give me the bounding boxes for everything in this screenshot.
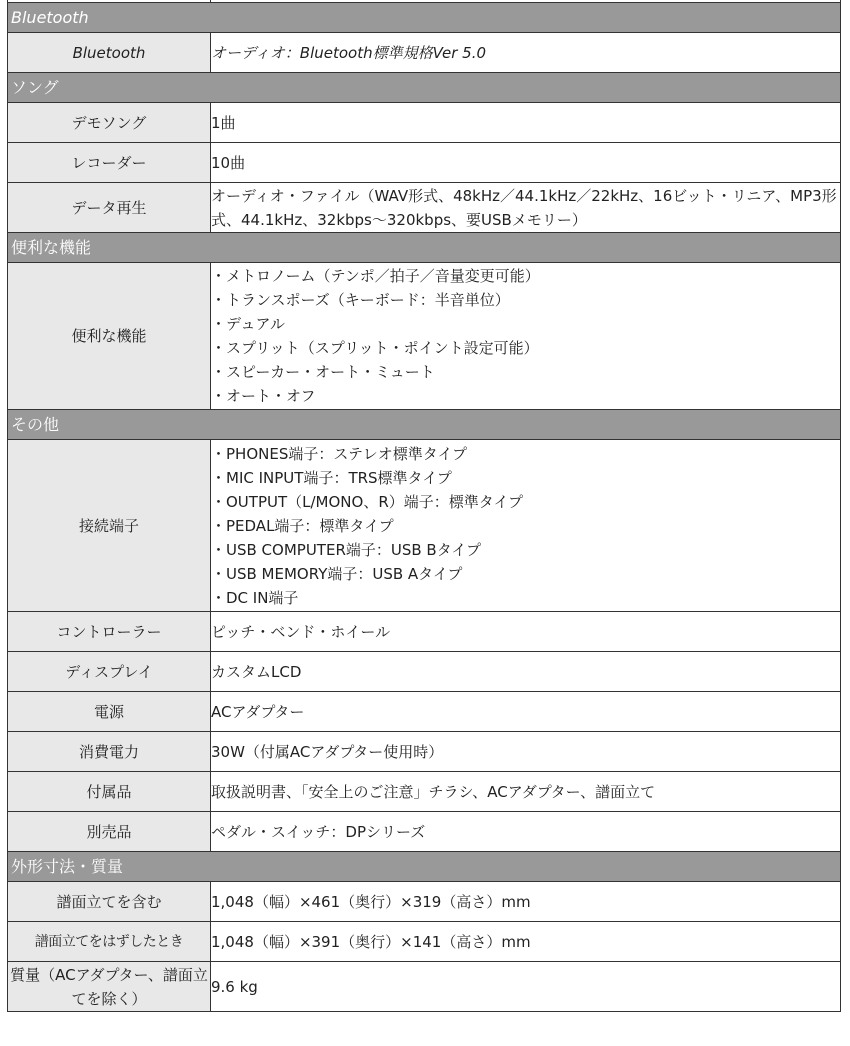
spec-label: 接続端子 [8,440,211,612]
spec-value: ・メトロノーム（テンポ／拍子／音量変更可能） ・トランスポーズ（キーボード：半音… [211,263,841,410]
spec-row-dimensions-without-stand: 譜面立てをはずしたとき 1,048（幅）×391（奥行）×141（高さ）mm [8,922,841,962]
spec-label: 電源 [8,692,211,732]
spec-row-power-consumption: 消費電力 30W（付属ACアダプター使用時） [8,732,841,772]
spec-label: 譜面立てをはずしたとき [8,922,211,962]
spec-row-display: ディスプレイ カスタムLCD [8,652,841,692]
list-item: ・PEDAL端子：標準タイプ [211,514,840,538]
spec-value: 9.6 kg [211,962,841,1012]
section-title: 外形寸法・質量 [8,852,841,882]
spec-value: ACアダプター [211,692,841,732]
section-header-features: 便利な機能 [8,233,841,263]
spec-label: ディスプレイ [8,652,211,692]
list-item: ・オート・オフ [211,384,840,408]
spec-value: 1曲 [211,103,841,143]
spec-label: 別売品 [8,812,211,852]
list-item: ・スプリット（スプリット・ポイント設定可能） [211,336,840,360]
section-header-dimensions: 外形寸法・質量 [8,852,841,882]
spec-label: コントローラー [8,612,211,652]
list-item: ・USB COMPUTER端子：USB Bタイプ [211,538,840,562]
list-item: ・OUTPUT（L/MONO、R）端子：標準タイプ [211,490,840,514]
spec-value: カスタムLCD [211,652,841,692]
connector-list: ・PHONES端子：ステレオ標準タイプ ・MIC INPUT端子：TRS標準タイ… [211,442,840,610]
section-header-song: ソング [8,73,841,103]
spec-row-weight: 質量（ACアダプター、譜面立てを除く） 9.6 kg [8,962,841,1012]
spec-label: 消費電力 [8,732,211,772]
spec-label: データ再生 [8,183,211,233]
spec-row-recorder: レコーダー 10曲 [8,143,841,183]
section-title: 便利な機能 [8,233,841,263]
spec-value: 取扱説明書、「安全上のご注意」チラシ、ACアダプター、譜面立て [211,772,841,812]
spec-label: 質量（ACアダプター、譜面立てを除く） [8,962,211,1012]
spec-row-data-playback: データ再生 オーディオ・ファイル（WAV形式、48kHz／44.1kHz／22k… [8,183,841,233]
list-item: ・MIC INPUT端子：TRS標準タイプ [211,466,840,490]
list-item: ・PHONES端子：ステレオ標準タイプ [211,442,840,466]
spec-value: オーディオ：Bluetooth標準規格Ver 5.0 [211,33,841,73]
spec-row-power: 電源 ACアダプター [8,692,841,732]
spec-value: 30W（付属ACアダプター使用時） [211,732,841,772]
section-header-bluetooth: Bluetooth [8,3,841,33]
spec-value: ペダル・スイッチ：DPシリーズ [211,812,841,852]
spec-row-accessories: 付属品 取扱説明書、「安全上のご注意」チラシ、ACアダプター、譜面立て [8,772,841,812]
list-item: ・トランスポーズ（キーボード：半音単位） [211,288,840,312]
list-item: ・USB MEMORY端子：USB Aタイプ [211,562,840,586]
section-title: ソング [8,73,841,103]
spec-table: Bluetooth Bluetooth オーディオ：Bluetooth標準規格V… [7,0,841,1012]
list-item: ・デュアル [211,312,840,336]
spec-row-demo-song: デモソング 1曲 [8,103,841,143]
spec-row-controller: コントローラー ピッチ・ベンド・ホイール [8,612,841,652]
section-header-other: その他 [8,410,841,440]
spec-label: 便利な機能 [8,263,211,410]
spec-value: ・PHONES端子：ステレオ標準タイプ ・MIC INPUT端子：TRS標準タイ… [211,440,841,612]
spec-label: デモソング [8,103,211,143]
feature-list: ・メトロノーム（テンポ／拍子／音量変更可能） ・トランスポーズ（キーボード：半音… [211,264,840,408]
spec-row-dimensions-with-stand: 譜面立てを含む 1,048（幅）×461（奥行）×319（高さ）mm [8,882,841,922]
list-item: ・メトロノーム（テンポ／拍子／音量変更可能） [211,264,840,288]
spec-value: 1,048（幅）×391（奥行）×141（高さ）mm [211,922,841,962]
spec-row-bluetooth: Bluetooth オーディオ：Bluetooth標準規格Ver 5.0 [8,33,841,73]
section-title: その他 [8,410,841,440]
spec-row-features: 便利な機能 ・メトロノーム（テンポ／拍子／音量変更可能） ・トランスポーズ（キー… [8,263,841,410]
spec-value: ピッチ・ベンド・ホイール [211,612,841,652]
spec-value: 10曲 [211,143,841,183]
spec-value: 1,048（幅）×461（奥行）×319（高さ）mm [211,882,841,922]
list-item: ・DC IN端子 [211,586,840,610]
spec-value: オーディオ・ファイル（WAV形式、48kHz／44.1kHz／22kHz、16ビ… [211,183,841,233]
section-title: Bluetooth [8,3,841,33]
spec-row-options: 別売品 ペダル・スイッチ：DPシリーズ [8,812,841,852]
spec-label: Bluetooth [8,33,211,73]
list-item: ・スピーカー・オート・ミュート [211,360,840,384]
spec-label: レコーダー [8,143,211,183]
spec-label: 付属品 [8,772,211,812]
spec-row-connectors: 接続端子 ・PHONES端子：ステレオ標準タイプ ・MIC INPUT端子：TR… [8,440,841,612]
spec-label: 譜面立てを含む [8,882,211,922]
